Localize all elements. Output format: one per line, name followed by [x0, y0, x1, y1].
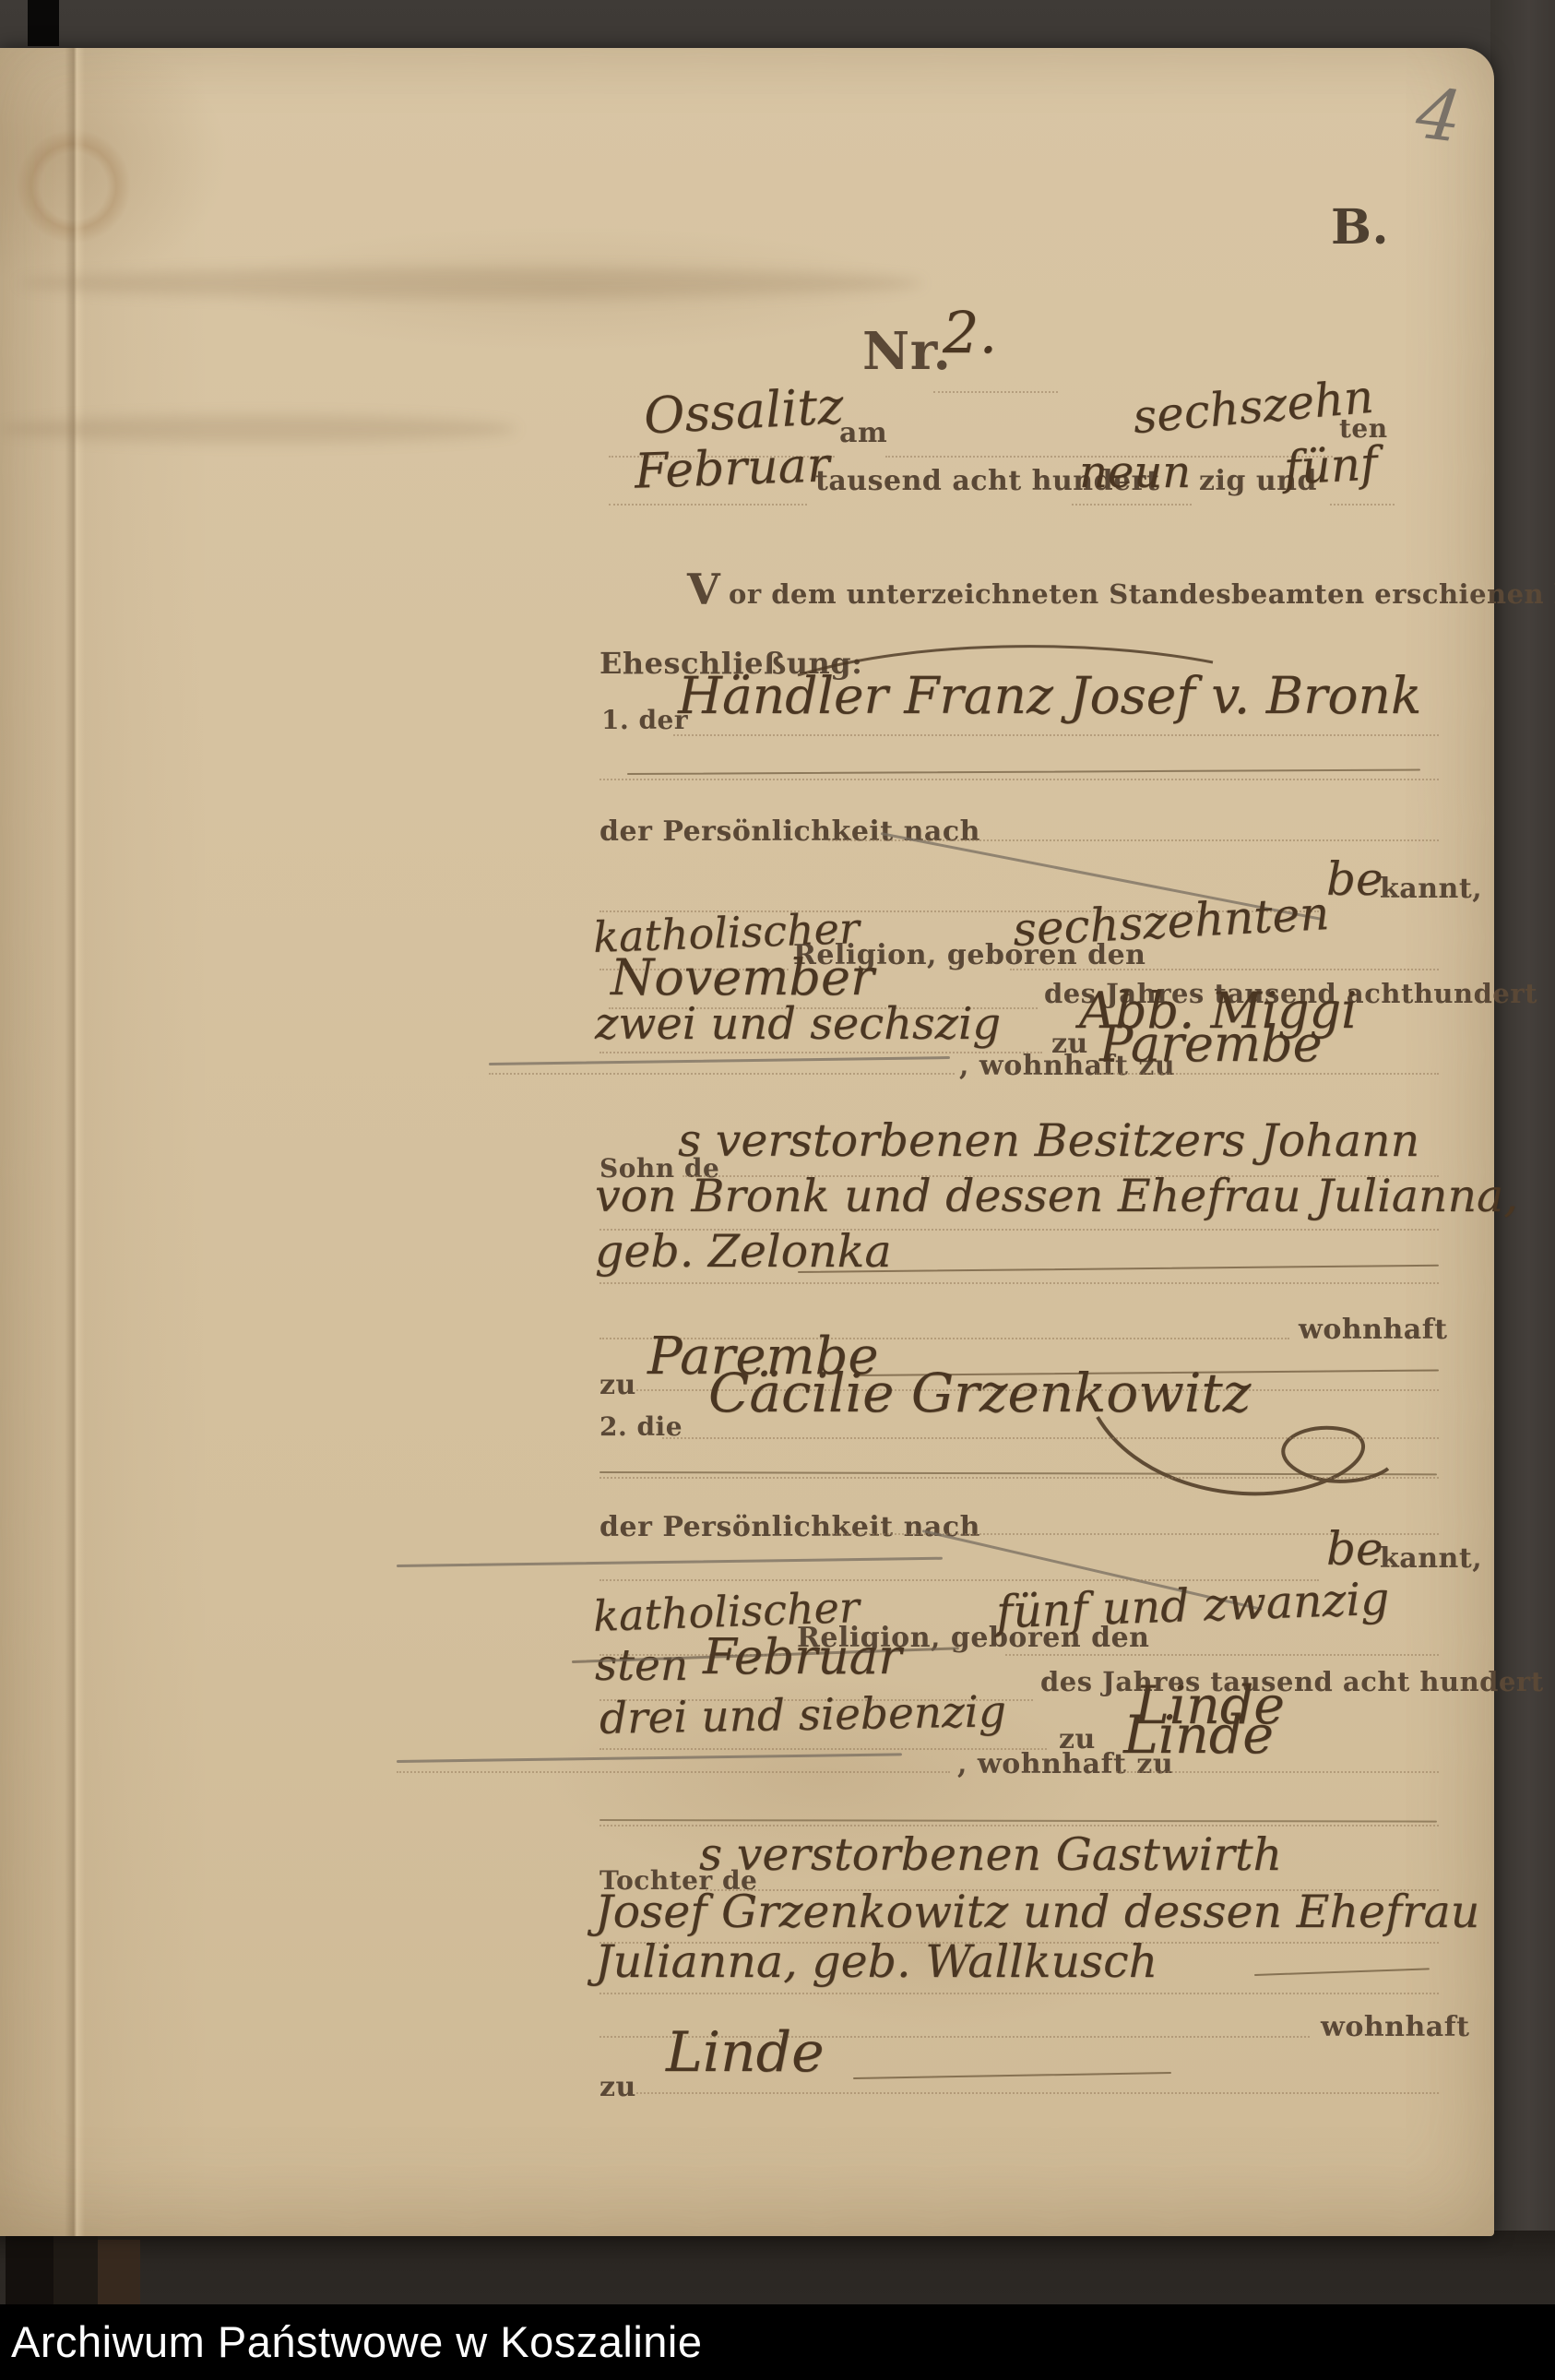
ruled-line: [489, 1073, 955, 1075]
ruled-line: [673, 734, 1439, 736]
bride-be-handwritten: be: [1326, 1522, 1383, 1576]
form-letter: B.: [1331, 199, 1389, 256]
bride-birth-month: Februar: [703, 1629, 902, 1685]
bride-birth-day: fünf und zwanzig: [995, 1573, 1390, 1639]
register-page: 4 B. Nr. 2. Ossalitz am sechszehn ten Fe…: [0, 48, 1494, 2236]
book-spine: [6, 2232, 53, 2312]
background-bottom: [0, 2231, 1555, 2315]
bride-birth-year: drei und siebenzig: [599, 1686, 1007, 1744]
ruled-line: [599, 1282, 1439, 1284]
ink-line: [798, 1265, 1439, 1273]
bride-parents-residence: Linde: [666, 2020, 825, 2085]
record-no-value: 2.: [943, 299, 997, 366]
groom-zu2-label: zu: [599, 1369, 636, 1401]
bride-jahres-label: des Jahres tausend acht hundert: [1040, 1666, 1544, 1697]
ruled-line: [599, 1993, 1439, 1994]
archive-watermark-bar: Archiwum Państwowe w Koszalinie: [0, 2304, 1555, 2380]
groom-birth-year: zwei und sechszig: [595, 998, 1001, 1050]
am-label: am: [839, 417, 887, 449]
bleedthrough-smudge: [18, 268, 922, 299]
bride-zu2-label: zu: [599, 2071, 636, 2103]
groom-residence: Parembe: [1099, 1015, 1323, 1073]
archive-name: Archiwum Państwowe w Koszalinie: [0, 2304, 1555, 2380]
ruled-line: [1096, 1073, 1439, 1075]
ruled-line: [1005, 1654, 1439, 1656]
signature-flourish: [996, 1415, 1393, 1526]
dateline-month: Februar: [634, 437, 830, 499]
ruled-line: [933, 391, 1058, 393]
groom-parents-line2: von Bronk und dessen Ehefrau Julianna,: [595, 1170, 1518, 1222]
bride-tochter-handwritten: s verstorbenen Gastwirth: [699, 1828, 1282, 1881]
book-spine: [53, 2236, 98, 2312]
groom-name: Händler Franz Josef v. Bronk: [678, 666, 1421, 725]
pencil-stroke: [397, 1557, 943, 1567]
bride-birth-day2: sten: [595, 1640, 688, 1691]
dateline-place: Ossalitz: [642, 376, 845, 445]
bride-parents-line2: Josef Grzenkowitz und dessen Ehefrau: [595, 1886, 1479, 1938]
bride-wohnhaft-label: wohnhaft: [1321, 2011, 1469, 2043]
groom-wohnhaft-label: wohnhaft: [1299, 1314, 1447, 1346]
ink-line: [599, 1819, 1437, 1823]
groom-be-handwritten: be: [1326, 852, 1383, 906]
bride-residence: Linde: [1123, 1705, 1274, 1766]
ruled-line: [1010, 969, 1439, 970]
bride-kannt-label: kannt,: [1380, 1542, 1482, 1575]
book-spine: [98, 2240, 140, 2312]
page-number: 4: [1412, 71, 1466, 158]
ink-line: [853, 2072, 1171, 2079]
ruled-line: [609, 504, 807, 506]
scanned-register-photo: 4 B. Nr. 2. Ossalitz am sechszehn ten Fe…: [0, 0, 1555, 2380]
groom-kannt-label: kannt,: [1380, 873, 1482, 905]
ruled-line: [1330, 504, 1395, 506]
ruled-line: [599, 779, 1439, 780]
year-handwritten-2: fünf: [1283, 436, 1379, 494]
ink-line: [1254, 1968, 1430, 1976]
ruled-line: [1072, 504, 1192, 506]
pencil-stroke: [397, 1753, 902, 1763]
year-handwritten-1: neun: [1079, 446, 1191, 498]
pencil-stroke: [489, 1056, 950, 1065]
ruled-line: [636, 2092, 1439, 2094]
bleedthrough-smudge: [0, 415, 516, 443]
bride-parents-line3: Julianna, geb. Wallkusch: [595, 1935, 1157, 1988]
intro-line1: or dem unterzeichneten Standesbeamten er…: [729, 578, 1555, 610]
groom-item-label: 1. der: [601, 705, 688, 735]
background-right: [1490, 0, 1555, 2306]
ruled-line: [662, 1437, 1439, 1439]
intro-initial: V: [687, 565, 720, 614]
groom-birth-day: sechszehnten: [1012, 887, 1331, 957]
ink-line: [627, 768, 1420, 775]
book-binding-strip: [28, 0, 59, 46]
ruled-line: [599, 1825, 1439, 1827]
bride-persoenlichkeit-label: der Persönlichkeit nach: [599, 1511, 980, 1543]
ruled-line: [397, 1771, 950, 1773]
record-no-label: Nr.: [862, 321, 952, 382]
groom-sohn-handwritten: s verstorbenen Besitzers Johann: [678, 1114, 1419, 1167]
page-gutter-crease: [65, 48, 85, 2236]
ruled-line: [599, 1477, 1439, 1479]
ruled-line: [1116, 1771, 1439, 1773]
